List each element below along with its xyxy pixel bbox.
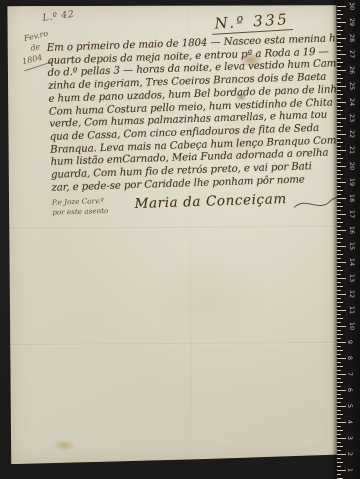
ruler-tick [337,42,341,43]
ruler-tick [337,398,343,399]
ruler-tick [337,186,341,187]
ruler-tick [337,10,341,11]
ruler-tick [337,238,343,239]
ruler-number: 10 [348,322,356,330]
ruler-tick [337,414,343,415]
ruler-tick [337,326,346,327]
ruler-tick [337,222,343,223]
ruler-tick [337,362,341,363]
ruler-tick [337,102,346,103]
ruler-tick [337,262,346,263]
ruler-tick [337,446,343,447]
ruler-tick [337,94,343,95]
ruler-number: 15 [348,242,356,250]
ruler-number: 19 [348,178,356,186]
ruler-tick [337,422,346,423]
ruler-tick [337,6,346,7]
ruler-tick [337,214,346,215]
ruler-number: 13 [348,274,356,282]
ruler-tick [337,302,343,303]
ruler-tick [337,390,346,391]
ruler-tick [337,178,341,179]
ruler-tick [337,174,343,175]
ruler-tick [337,274,341,275]
ruler-tick [337,278,346,279]
ruler-tick [337,258,341,259]
ruler-tick [337,358,346,359]
ruler-tick [337,170,341,171]
ruler-tick [337,226,341,227]
ruler-tick [337,470,346,471]
ruler-number: 27 [348,50,356,58]
ruler-tick [337,26,341,27]
ruler-tick [337,134,346,135]
ruler-tick [337,442,341,443]
ruler-tick [337,246,346,247]
ruler-tick [337,138,341,139]
fold-crease [9,342,340,346]
photo-frame: L.º 42 Fev.rode1804 N.º 335 Em o primeir… [0,0,360,479]
ruler-number: 5 [346,404,354,408]
age-stain [53,440,75,451]
ruler-tick [337,90,341,91]
ruler-number: 24 [348,98,356,106]
ruler-number: 22 [348,130,356,138]
ruler-tick [337,334,343,335]
ruler-number: 6 [346,388,354,392]
manuscript-body: Em o primeiro de maio de 1804 — Nasceo e… [47,33,347,221]
margin-note-line: por este asento [52,205,131,217]
ruler-tick [337,54,346,55]
ruler-tick [337,426,341,427]
ruler-number: 30 [348,2,356,10]
ruler-tick [337,290,341,291]
ruler-tick [337,434,341,435]
ruler-tick [337,194,341,195]
ruler-tick [337,206,343,207]
ruler-tick [337,454,346,455]
clerk-margin-note: P.e Joze Carv.ºpor este asento [52,196,131,218]
ruler-tick [337,386,341,387]
ruler-number: 23 [348,114,356,122]
ruler-tick [337,346,341,347]
ruler-tick [337,150,346,151]
ruler-number: 26 [348,66,356,74]
ruler-tick [337,66,341,67]
ruler-tick [337,34,341,35]
ruler-tick [337,402,341,403]
ruler-number: 12 [348,290,356,298]
ruler-tick [337,450,341,451]
ruler-tick [337,418,341,419]
ruler-tick [337,410,341,411]
ruler-tick [337,438,346,439]
ruler-number: 1 [346,468,354,472]
ruler-number: 14 [348,258,356,266]
ruler-tick [337,22,346,23]
ruler-tick [337,58,341,59]
ruler-tick [337,154,341,155]
ruler-tick [337,142,343,143]
ruler-tick [337,266,341,267]
ruler-tick [337,82,341,83]
ruler-tick [337,38,346,39]
ruler-tick [337,106,341,107]
ruler-tick [337,62,343,63]
ruler-tick [337,474,341,475]
ruler-number: 2 [346,452,354,456]
ruler-number: 8 [346,356,354,360]
ruler-tick [337,370,341,371]
ruler-tick [337,78,343,79]
ruler-tick [337,374,346,375]
ruler-tick [337,310,346,311]
ruler-tick [337,202,341,203]
record-number-label: N.º 335 [211,10,293,35]
ruler-tick [337,126,343,127]
ruler-tick [337,166,346,167]
age-stain [148,254,269,345]
manuscript-lines: Em o primeiro de maio de 1804 — Nasceo e… [47,33,346,195]
ruler-tick [337,118,346,119]
ruler-tick [337,462,343,463]
ruler-tick [337,190,343,191]
ruler-tick [337,218,341,219]
ruler-number: 16 [348,226,356,234]
ruler-tick [337,298,341,299]
ruler-number: 18 [348,194,356,202]
ruler-tick [337,230,346,231]
ruler-tick [337,50,341,51]
ruler-tick [337,406,346,407]
ruler-number: 7 [346,372,354,376]
ruler-tick [337,250,341,251]
ruler-tick [337,294,346,295]
ruler-tick [337,330,341,331]
ruler-tick [337,182,346,183]
ruler-tick [337,394,341,395]
ruler-tick [337,342,346,343]
ruler-number: 20 [348,162,356,170]
ruler-tick [337,466,341,467]
ruler-tick [337,350,343,351]
ruler-tick [337,254,343,255]
ruler-tick [337,286,343,287]
ruler-tick [337,122,341,123]
fold-crease [8,226,339,230]
ruler-tick [337,130,341,131]
ruler-tick [337,322,341,323]
ruler-tick [337,18,341,19]
ruler-tick [337,158,343,159]
ruler-tick [337,14,343,15]
ruler-tick [337,162,341,163]
ruler-tick [337,378,341,379]
ruler-number: 25 [348,82,356,90]
ruler-tick [337,318,343,319]
ruler-tick [337,210,341,211]
ruler-number: 9 [346,340,354,344]
ruler-tick [337,458,341,459]
ruler-tick [337,70,346,71]
ruler-number: 17 [348,210,356,218]
ruler-tick [337,74,341,75]
ruler-number: 28 [348,34,356,42]
measurement-ruler: 3029282726252423222120191817161514131211… [337,0,360,479]
ruler-tick [337,282,341,283]
ruler-tick [337,270,343,271]
ruler-tick [337,314,341,315]
ruler-number: 4 [346,420,354,424]
ruler-tick [337,98,341,99]
ruler-tick [337,306,341,307]
ruler-tick [337,146,341,147]
ruler-tick [337,430,343,431]
ruler-tick [337,86,346,87]
ruler-tick [337,110,343,111]
ruler-number: 21 [348,146,356,154]
ruler-tick [337,114,341,115]
ruler-tick [337,46,343,47]
ruler-number: 3 [346,436,354,440]
ruler-tick [337,242,341,243]
manuscript-paper: L.º 42 Fev.rode1804 N.º 335 Em o primeir… [6,4,340,464]
ruler-tick [337,30,343,31]
given-name-signature: Maria da Conceiçam [134,191,287,212]
ruler-number: 11 [348,306,356,314]
ruler-number: 29 [348,18,356,26]
ruler-tick [337,198,346,199]
ruler-tick [337,354,341,355]
ruler-tick [337,338,341,339]
ruler-tick [337,382,343,383]
ruler-tick [337,366,343,367]
book-reference-label: L.º 42 [42,9,75,24]
ruler-tick [337,234,341,235]
